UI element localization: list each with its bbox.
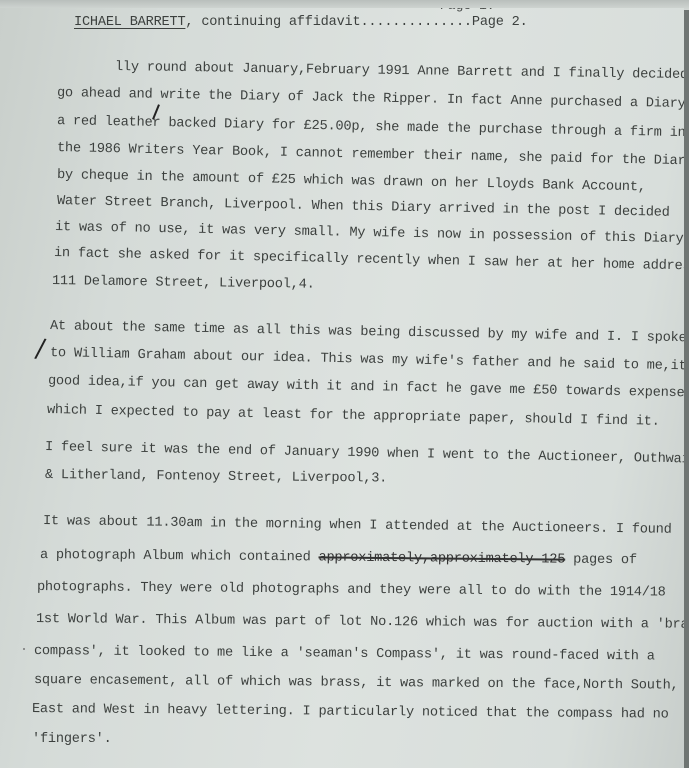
text-line: At about the same time as all this was b…: [50, 319, 684, 346]
affidavit-page: Page 1. ICHAEL BARRETT, continuing affid…: [0, 8, 684, 756]
text-line: square encasement, all of which was bras…: [34, 673, 679, 694]
header-line: ICHAEL BARRETT, continuing affidavit....…: [74, 15, 528, 30]
text-line: by cheque in the amount of £25 which was…: [57, 168, 646, 195]
text-line: it was of no use, it was very small. My …: [55, 220, 684, 247]
text-line: good idea,if you can get away with it an…: [48, 374, 684, 401]
text-line: photographs. They were old photographs a…: [37, 580, 666, 600]
text-line: the 1986 Writers Year Book, I cannot rem…: [57, 141, 684, 169]
text-line: I feel sure it was the end of January 19…: [45, 440, 684, 468]
text-line: 111 Delamore Street, Liverpool,4.: [52, 274, 315, 293]
text-line: 'fingers'.: [32, 732, 112, 747]
handwritten-margin-mark: /: [33, 333, 47, 364]
header-text: , continuing affidavit..............: [185, 15, 471, 30]
text-line: in fact she asked for it specifically re…: [54, 246, 684, 274]
text-line: 1st World War. This Album was part of lo…: [36, 612, 684, 633]
page-label: Page 2.: [472, 15, 528, 30]
text-line: a red leather backed Diary for £25.00p, …: [57, 114, 684, 141]
text-line-with-strikethrough: a photograph Album which contained appro…: [40, 548, 637, 568]
text-segment: a photograph Album which contained: [40, 548, 319, 565]
text-line: East and West in heavy lettering. I part…: [32, 702, 669, 723]
text-line: It was about 11.30am in the morning when…: [43, 514, 672, 538]
text-line: to William Graham about our idea. This w…: [50, 346, 684, 375]
previous-page-fragment: Page 1.: [440, 8, 495, 13]
text-line: & Litherland, Fontenoy Street, Liverpool…: [45, 468, 387, 487]
deponent-name: ICHAEL BARRETT: [74, 15, 185, 30]
text-line: which I expected to pay at least for the…: [47, 403, 660, 430]
text-line: Water Street Branch, Liverpool. When thi…: [57, 194, 670, 221]
text-line: go ahead and write the Diary of Jack the…: [57, 86, 684, 112]
struck-text: approximately,approximately 125: [318, 550, 565, 567]
text-line: lly round about January,February 1991 An…: [115, 60, 684, 83]
paper-speck: [23, 648, 25, 650]
text-segment: pages of: [565, 553, 637, 569]
text-line: compass', it looked to me like a 'seaman…: [34, 644, 655, 664]
